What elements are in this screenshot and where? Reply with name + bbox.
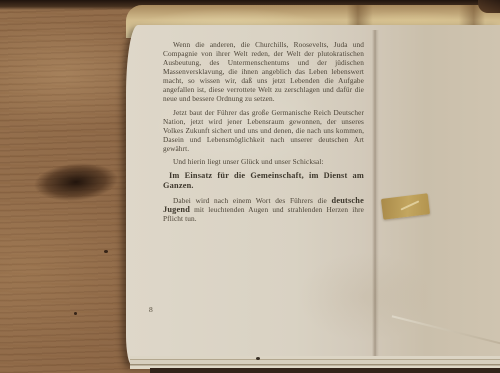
photo-of-book-page: Wenn die anderen, die Churchills, Roosev… [0,0,500,373]
wood-speck [74,312,77,315]
wood-speck [104,250,108,253]
paragraph-3: Und hierin liegt unser Glück und unser S… [163,157,364,166]
emphasis-paragraph: Im Einsatz für die Gemeinschaft, im Dien… [163,171,364,191]
paragraph-1: Wenn die anderen, die Churchills, Roosev… [163,40,364,103]
table-corner [478,0,500,13]
book-bottom-shadow [150,368,500,373]
paragraph-2: Jetzt baut der Führer das große Germanis… [163,108,364,153]
page-text: Wenn die anderen, die Churchills, Roosev… [163,40,364,227]
paragraph-5-text: mit leuchtenden Augen und strahlenden He… [163,205,364,223]
paragraph-5-text: Dabei wird nach einem Wort des Führers d… [173,196,332,205]
paragraph-5: Dabei wird nach einem Wort des Führers d… [163,196,364,223]
page-number: 8 [149,305,153,314]
tape-scratch [400,200,419,210]
page-gutter-shadow [372,30,379,359]
page-speck [256,357,260,360]
